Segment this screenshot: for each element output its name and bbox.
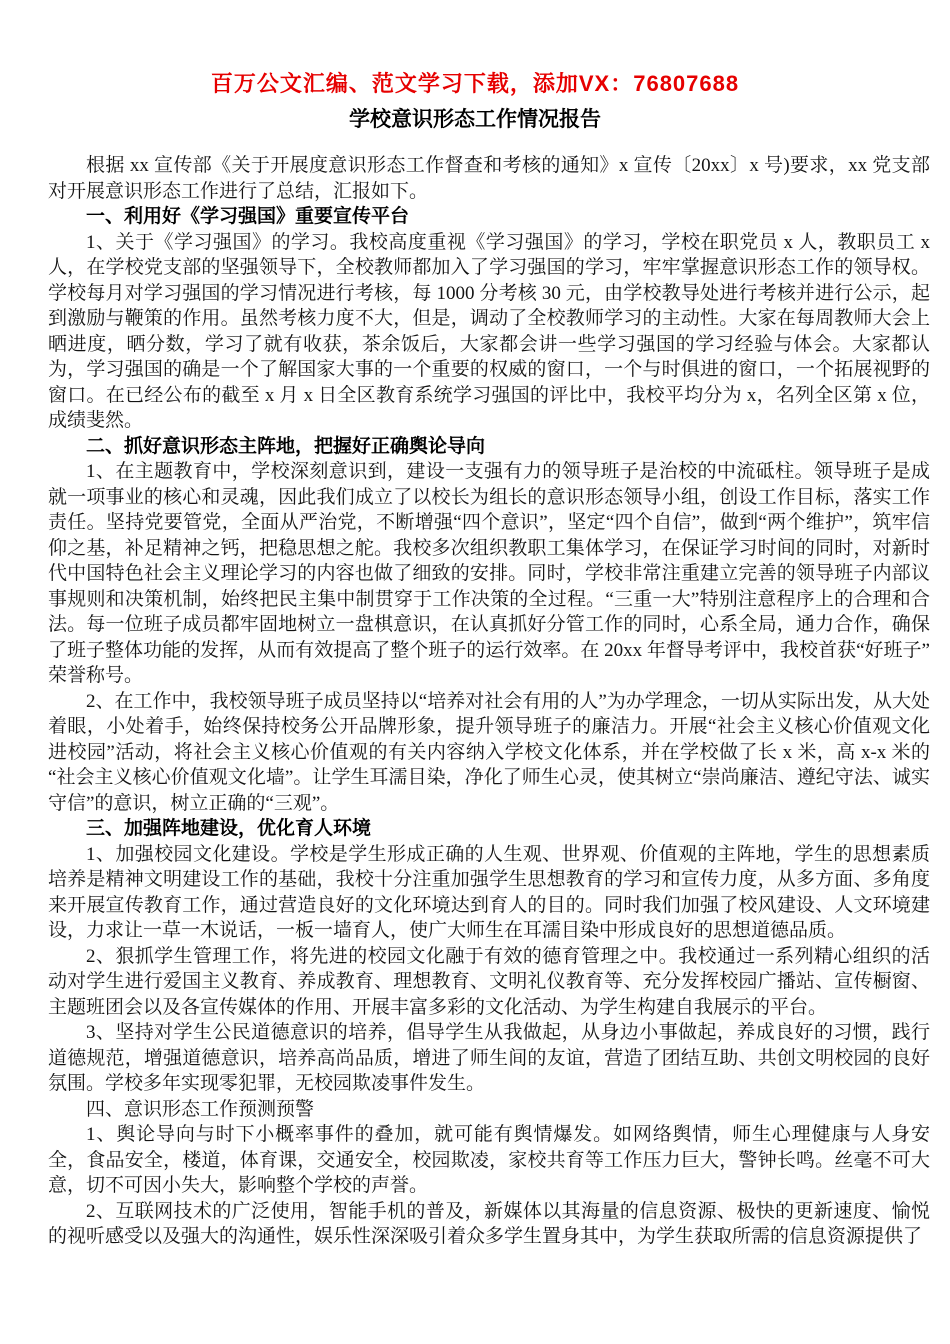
section-3-paragraph-2: 2、狠抓学生管理工作，将先进的校园文化融于有效的德育管理之中。我校通过一系列精心… <box>48 944 930 1021</box>
section-2-paragraph-1: 1、在主题教育中，学校深刻意识到，建设一支强有力的领导班子是治校的中流砥柱。领导… <box>48 459 930 689</box>
section-2-heading: 二、抓好意识形态主阵地，把握好正确舆论导向 <box>48 434 930 460</box>
section-1-heading: 一、利用好《学习强国》重要宣传平台 <box>48 204 930 230</box>
section-2-paragraph-2: 2、在工作中，我校领导班子成员坚持以“培养对社会有用的人”为办学理念，一切从实际… <box>48 689 930 817</box>
watermark-ad-text: 百万公文汇编、范文学习下载，添加VX：76807688 <box>0 70 950 98</box>
document-title: 学校意识形态工作情况报告 <box>0 105 950 135</box>
section-4-paragraph-2: 2、互联网技术的广泛使用，智能手机的普及，新媒体以其海量的信息资源、极快的更新速… <box>48 1199 930 1250</box>
section-3-paragraph-3: 3、坚持对学生公民道德意识的培养，倡导学生从我做起，从身边小事做起，养成良好的习… <box>48 1020 930 1097</box>
section-1-paragraph-1: 1、关于《学习强国》的学习。我校高度重视《学习强国》的学习，学校在职党员 x 人… <box>48 230 930 434</box>
document-page: 百万公文汇编、范文学习下载，添加VX：76807688 学校意识形态工作情况报告… <box>0 0 950 1344</box>
intro-paragraph: 根据 xx 宣传部《关于开展度意识形态工作督查和考核的通知》x 宣传〔20xx〕… <box>48 153 930 204</box>
document-body: 根据 xx 宣传部《关于开展度意识形态工作督查和考核的通知》x 宣传〔20xx〕… <box>0 153 950 1250</box>
section-4-paragraph-1: 1、舆论导向与时下小概率事件的叠加，就可能有舆情爆发。如网络舆情，师生心理健康与… <box>48 1122 930 1199</box>
section-3-paragraph-1: 1、加强校园文化建设。学校是学生形成正确的人生观、世界观、价值观的主阵地，学生的… <box>48 842 930 944</box>
section-3-heading: 三、加强阵地建设，优化育人环境 <box>48 816 930 842</box>
section-4-heading: 四、意识形态工作预测预警 <box>48 1097 930 1123</box>
